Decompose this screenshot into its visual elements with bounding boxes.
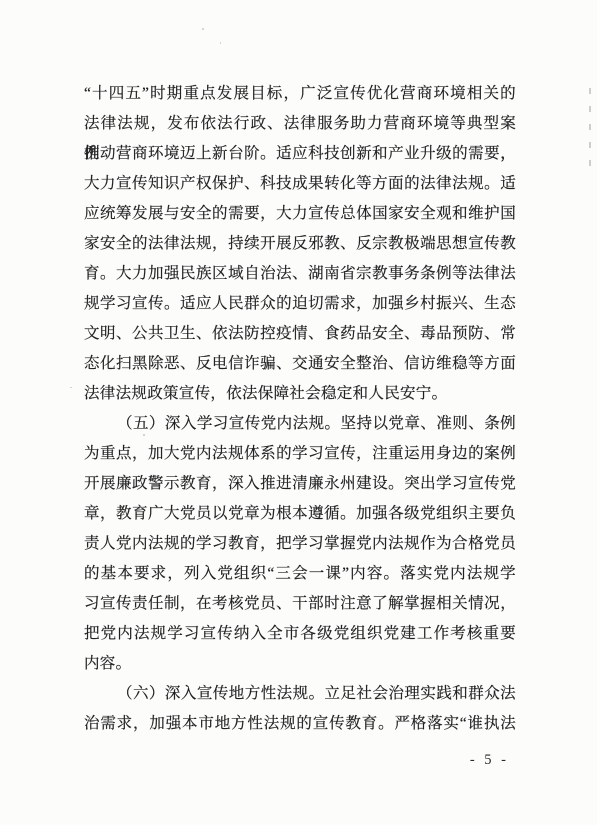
text-line-paragraph-end: 法律法规政策宣传，依法保障社会稳定和人民安宁。	[84, 379, 516, 409]
text-line-paragraph-start-item-5: （五）深入学习宣传党内法规。坚持以党章、准则、条例	[84, 409, 516, 439]
scan-speckle	[70, 387, 72, 388]
text-line-paragraph-end: 内容。	[84, 649, 516, 679]
text-line: 文明、公共卫生、依法防控疫情、食药品安全、毒品预防、常	[84, 319, 516, 349]
text-line: 章，教育广大党员以党章为根本遵循。加强各级党组织主要负	[84, 499, 516, 529]
text-line-paragraph-start-item-6: （六）深入宣传地方性法规。立足社会治理实践和群众法	[84, 679, 516, 709]
scan-speckle	[220, 42, 221, 44]
text-line: 为重点，加大党内法规体系的学习宣传，注重运用身边的案例	[84, 439, 516, 469]
text-line: 法律法规，发布依法行政、法律服务助力营商环境等典型案例，	[84, 109, 516, 139]
text-line: 家安全的法律法规，持续开展反邪教、反宗教极端思想宣传教	[84, 229, 516, 259]
text-line: 应统筹发展与安全的需要，大力宣传总体国家安全观和维护国	[84, 199, 516, 229]
text-line: 育。大力加强民族区域自治法、湖南省宗教事务条例等法律法	[84, 259, 516, 289]
text-line: 推动营商环境迈上新台阶。适应科技创新和产业升级的需要，	[84, 139, 516, 169]
text-line: 责人党内法规的学习教育，把学习掌握党内法规作为合格党员	[84, 529, 516, 559]
text-line: 习宣传责任制，在考核党员、干部时注意了解掌握相关情况，	[84, 589, 516, 619]
scan-speckle	[202, 28, 204, 30]
text-line: 开展廉政警示教育，深入推进清廉永州建设。突出学习宣传党	[84, 469, 516, 499]
text-line: 把党内法规学习宣传纳入全市各级党组织党建工作考核重要	[84, 619, 516, 649]
scan-speckle	[143, 434, 145, 436]
document-body: “十四五”时期重点发展目标，广泛宣传优化营商环境相关的 法律法规，发布依法行政、…	[84, 79, 516, 739]
text-line: 规学习宣传。适应人民群众的迫切需求，加强乡村振兴、生态	[84, 289, 516, 319]
text-line: 治需求，加强本市地方性法规的宣传教育。严格落实“谁执法	[84, 709, 516, 739]
document-page: “十四五”时期重点发展目标，广泛宣传优化营商环境相关的 法律法规，发布依法行政、…	[0, 0, 597, 825]
scan-edge-artifact	[589, 88, 591, 166]
text-line: 大力宣传知识产权保护、科技成果转化等方面的法律法规。适	[84, 169, 516, 199]
text-line: 态化扫黑除恶、反电信诈骗、交通安全整治、信访维稳等方面	[84, 349, 516, 379]
page-number: - 5 -	[470, 752, 509, 769]
text-line: “十四五”时期重点发展目标，广泛宣传优化营商环境相关的	[84, 79, 516, 109]
text-line: 的基本要求，列入党组织“三会一课”内容。落实党内法规学	[84, 559, 516, 589]
